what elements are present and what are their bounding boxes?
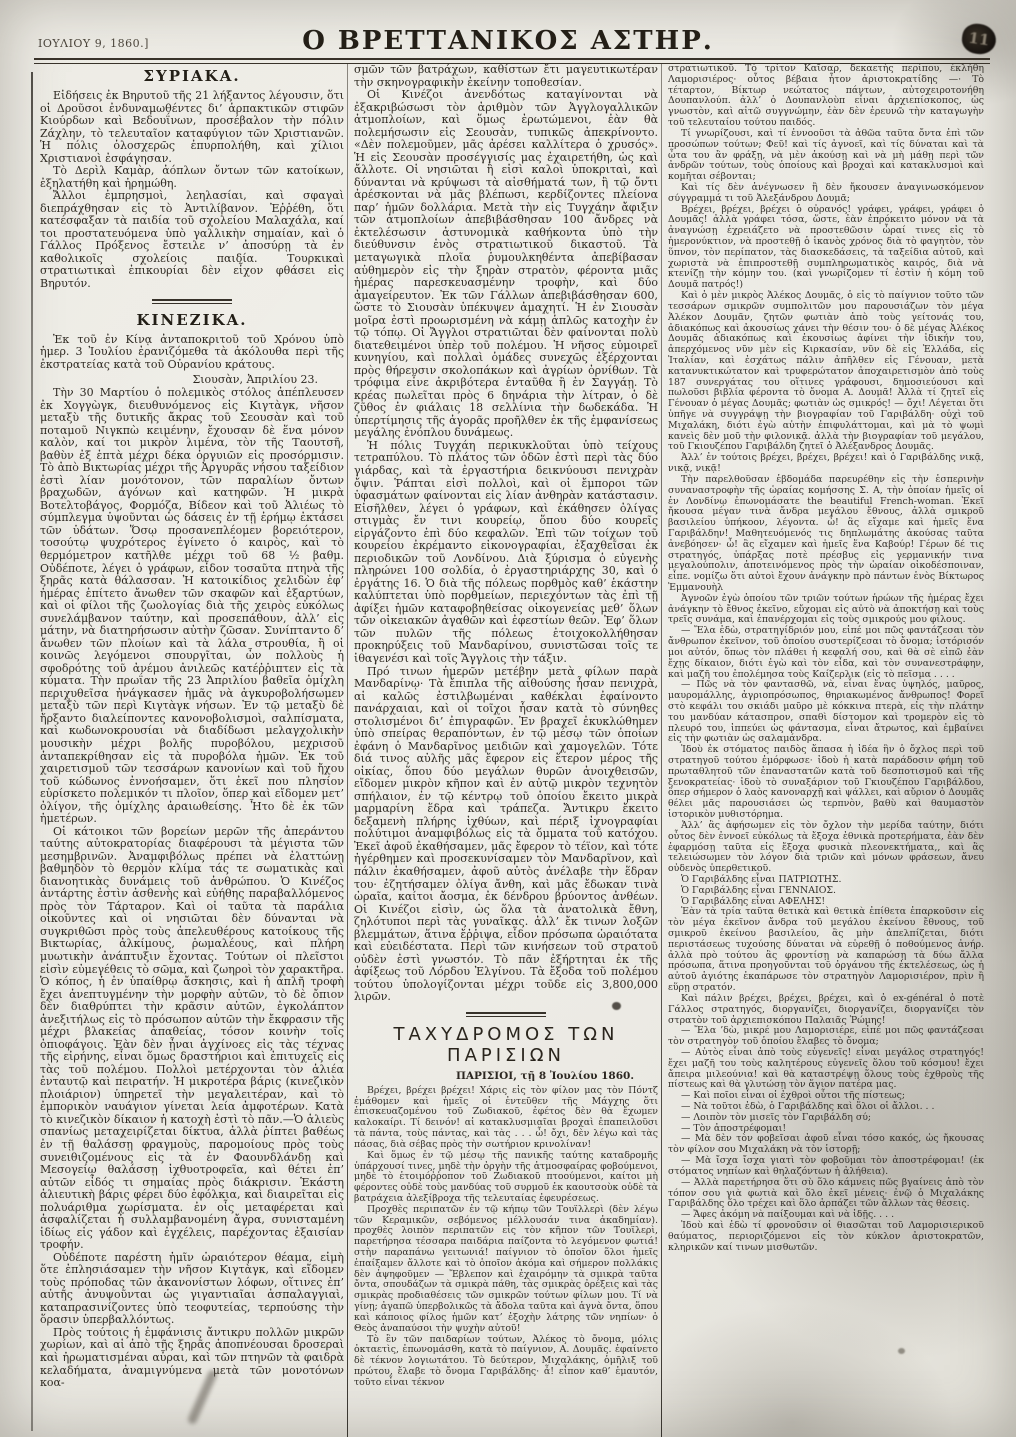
newspaper-page: ΙΟΥΛΙΟΥ 9, 1860.] Ο ΒΡΕΤΤΑΝΙΚΟΣ ΑΣΤΗΡ. 1… (0, 0, 1016, 1437)
paragraph: Πρὸς τούτοις ἡ ἐμφάνισις ἄντικρυ πολλῶν … (40, 1327, 344, 1390)
paragraph: — Πῶς νὰ τὸν φαντασθῶ, νὰ, εἶναι ἕνας ὑψ… (668, 680, 984, 745)
column-3: στρατιωτικοῦ. Τὸ τρίτον Καῖσαρ, δεκαετὴς… (668, 64, 984, 1435)
page-edge-line (31, 72, 33, 1431)
paragraph: — Ἀλλὰ παρετήρησα ὅτι σὺ ὅλο κάμνεις πῶς… (668, 1178, 984, 1210)
paragraph: — Μὰ δὲν τὸν φοβεῖσαι ἀφοῦ εἶναι τόσο κα… (668, 1134, 984, 1156)
paragraph: — Μὰ ἴσχα ἴσχα γιατὶ τὸν φοβοῦμαι τὸν ἀπ… (668, 1156, 984, 1178)
column-divider (661, 63, 662, 1437)
paragraph: Καὶ πάλιν βρέχει, βρέχει, βρέχει, καὶ ὁ … (668, 994, 984, 1026)
article-separator (152, 299, 232, 304)
paragraph: Οἱ κάτοικοι τῶν βορείων μερῶν τῆς ἀπεράν… (40, 826, 344, 1252)
paragraph: Τί γνωρίζουσι, καὶ τί ἐννοοῦσι τὰ ἀθῶα τ… (668, 129, 984, 183)
column-2: σμῶν τῶν βατράχων, καθίστων ἔτι μαγευτικ… (354, 64, 658, 1435)
column-divider (347, 63, 348, 1437)
paragraph: Εἰδήσεις ἐκ Βηρυτοῦ τῆς 21 λήξαντος λέγο… (40, 90, 344, 165)
paragraph: Ἄλλοι ἐμπρησμοὶ, λεηλασίαι, καὶ σφαγαὶ δ… (40, 190, 344, 290)
kinezika-lead: Ἐκ τοῦ ἐν Κίνᾳ ἀνταποκριτοῦ τοῦ Χρόνου ὑ… (40, 334, 344, 372)
paragraph: Ἰδοὺ ἐκ στόματος παιδὸς ἅπασα ἡ ἰδέα ἣν … (668, 745, 984, 821)
paragraph: Καὶ ὁ μὲν μικρὸς Ἀλέκος Δουμᾶς, ὁ εἰς τὸ… (668, 291, 984, 453)
paragraph: Ὁ Γαριβάλδης εἶναι ΓΕΝΝΑΙΟΣ. (668, 886, 984, 897)
paragraph: Ἡ πόλις Τυγχάη περικυκλοῦται ὑπὸ τείχους… (354, 440, 658, 666)
article-heading-syriaka: ΣΥΡΙΑΚΑ. (40, 67, 344, 85)
paragraph: — Αὐτὸς εἶναι ἀπὸ τοὺς εὐγενεῖς! εἶναι μ… (668, 1048, 984, 1091)
paragraph: Καὶ ὅμως ἐν τῷ μέσῳ τῆς πανικῆς ταύτης κ… (354, 1151, 658, 1205)
article-separator (466, 1012, 546, 1017)
article-heading-kinezika: ΚΙΝΕΖΙΚΑ. (40, 311, 344, 329)
dateline: ΠΑΡΙΣΙΟΙ, τῇ 8 Ἰουλίου 1860. (354, 1070, 658, 1082)
paragraph: — Λοιπὸν τὸν μισεῖς τὸν Γαριβάλδη σύ; (668, 1113, 984, 1124)
paragraph: σμῶν τῶν βατράχων, καθίστων ἔτι μαγευτικ… (354, 64, 658, 89)
paragraph: Ἐκ τοῦ ἐν Κίνᾳ ἀνταποκριτοῦ τοῦ Χρόνου ὑ… (40, 334, 344, 372)
paragraph: Οἱ Κινέζοι ἀνενδότως καταγίνονται νὰ ἐξα… (354, 89, 658, 440)
kinezika-body-continued: σμῶν τῶν βατράχων, καθίστων ἔτι μαγευτικ… (354, 64, 658, 1004)
paragraph: Ἰδοὺ καὶ ἐδὼ τί φρονοῦσιν οἱ θιασῶται το… (668, 1221, 984, 1253)
paragraph: στρατιωτικοῦ. Τὸ τρίτον Καῖσαρ, δεκαετὴς… (668, 64, 984, 129)
paragraph: Οὐδέποτε παρέστη ἡμῖν ὡραιότερον θέαμα, … (40, 1252, 344, 1327)
paragraph: Τὴν παρελθοῦσαν ἑβδομάδα παρευρέθην εἰς … (668, 475, 984, 594)
dateline: Σιουσὰν, Ἀπριλίου 23. (40, 373, 344, 386)
column-1: ΣΥΡΙΑΚΑ. Εἰδήσεις ἐκ Βηρυτοῦ τῆς 21 λήξα… (40, 64, 344, 1435)
paris-body: Βρέχει, βρέχει βρέχει! Χάρις εἰς τὸν φίλ… (354, 1086, 658, 1389)
paragraph: Πρό τινων ἡμερῶν μετέβην μετὰ φίλων παρὰ… (354, 666, 658, 1004)
paragraph: Προχθὲς περιπατῶν ἐν τῷ κήπῳ τῶν Τουϊλλε… (354, 1205, 658, 1335)
paragraph: Βρέχει, βρέχει βρέχει! Χάρις εἰς τὸν φίλ… (354, 1086, 658, 1151)
paragraph: Ἀγνοῶν ἐγὼ ὁποίου τῶν τριῶν τούτων ἡρώων… (668, 594, 984, 626)
ink-stain (612, 1002, 621, 1010)
paragraph: — Ἔλα ’δὼ, μικρέ μου Λαμορισιέρε, εἰπέ μ… (668, 1026, 984, 1048)
masthead-title: Ο ΒΡΕΤΤΑΝΙΚΟΣ ΑΣΤΗΡ. (0, 26, 1016, 56)
article-heading-paris: ΤΑΧΥΔΡΟΜΟΣ ΤΩΝ ΠΑΡΙΣΙΩΝ (354, 1024, 658, 1066)
paragraph: Ἀλλ’ ἂς ἀφήσωμεν εἰς τὸν ὄχλον τὴν μερίδ… (668, 821, 984, 875)
paragraph: Βρέχει, βρέχει, βρέχει ὁ οὐρανός! γράφει… (668, 205, 984, 292)
ink-stain (898, 1348, 905, 1354)
paragraph: Καὶ τίς δὲν ἀνέγνωσεν ἢ δὲν ἤκουσεν ἀναγ… (668, 183, 984, 205)
syriaka-body: Εἰδήσεις ἐκ Βηρυτοῦ τῆς 21 λήξαντος λέγο… (40, 90, 344, 291)
paragraph: Τὸ Δερὶλ Καμὰρ, ἀόπλων ὄντων τῶν κατοίκω… (40, 165, 344, 190)
paragraph: Τὴν 30 Μαρτίου ὁ πολεμικὸς στόλος ἀπέπλε… (40, 387, 344, 826)
paragraph: Τὸ ἓν τῶν παιδαρίων τούτων, Ἀλέκος τὸ ὄν… (354, 1335, 658, 1389)
paragraph: — Ἔλα ἐδὼ, στρατηγίδριόν μου, εἰπέ μοι π… (668, 626, 984, 680)
paris-body-continued: στρατιωτικοῦ. Τὸ τρίτον Καῖσαρ, δεκαετὴς… (668, 64, 984, 1253)
paragraph: Ἀλλ’ ἐν τούτοις βρέχει, βρέχει, βρέχει! … (668, 453, 984, 475)
kinezika-body: Τὴν 30 Μαρτίου ὁ πολεμικὸς στόλος ἀπέπλε… (40, 387, 344, 1390)
paragraph: Ἐὰν τὰ τρία ταῦτα θετικὰ καὶ θετικὰ ἐπίθ… (668, 907, 984, 994)
